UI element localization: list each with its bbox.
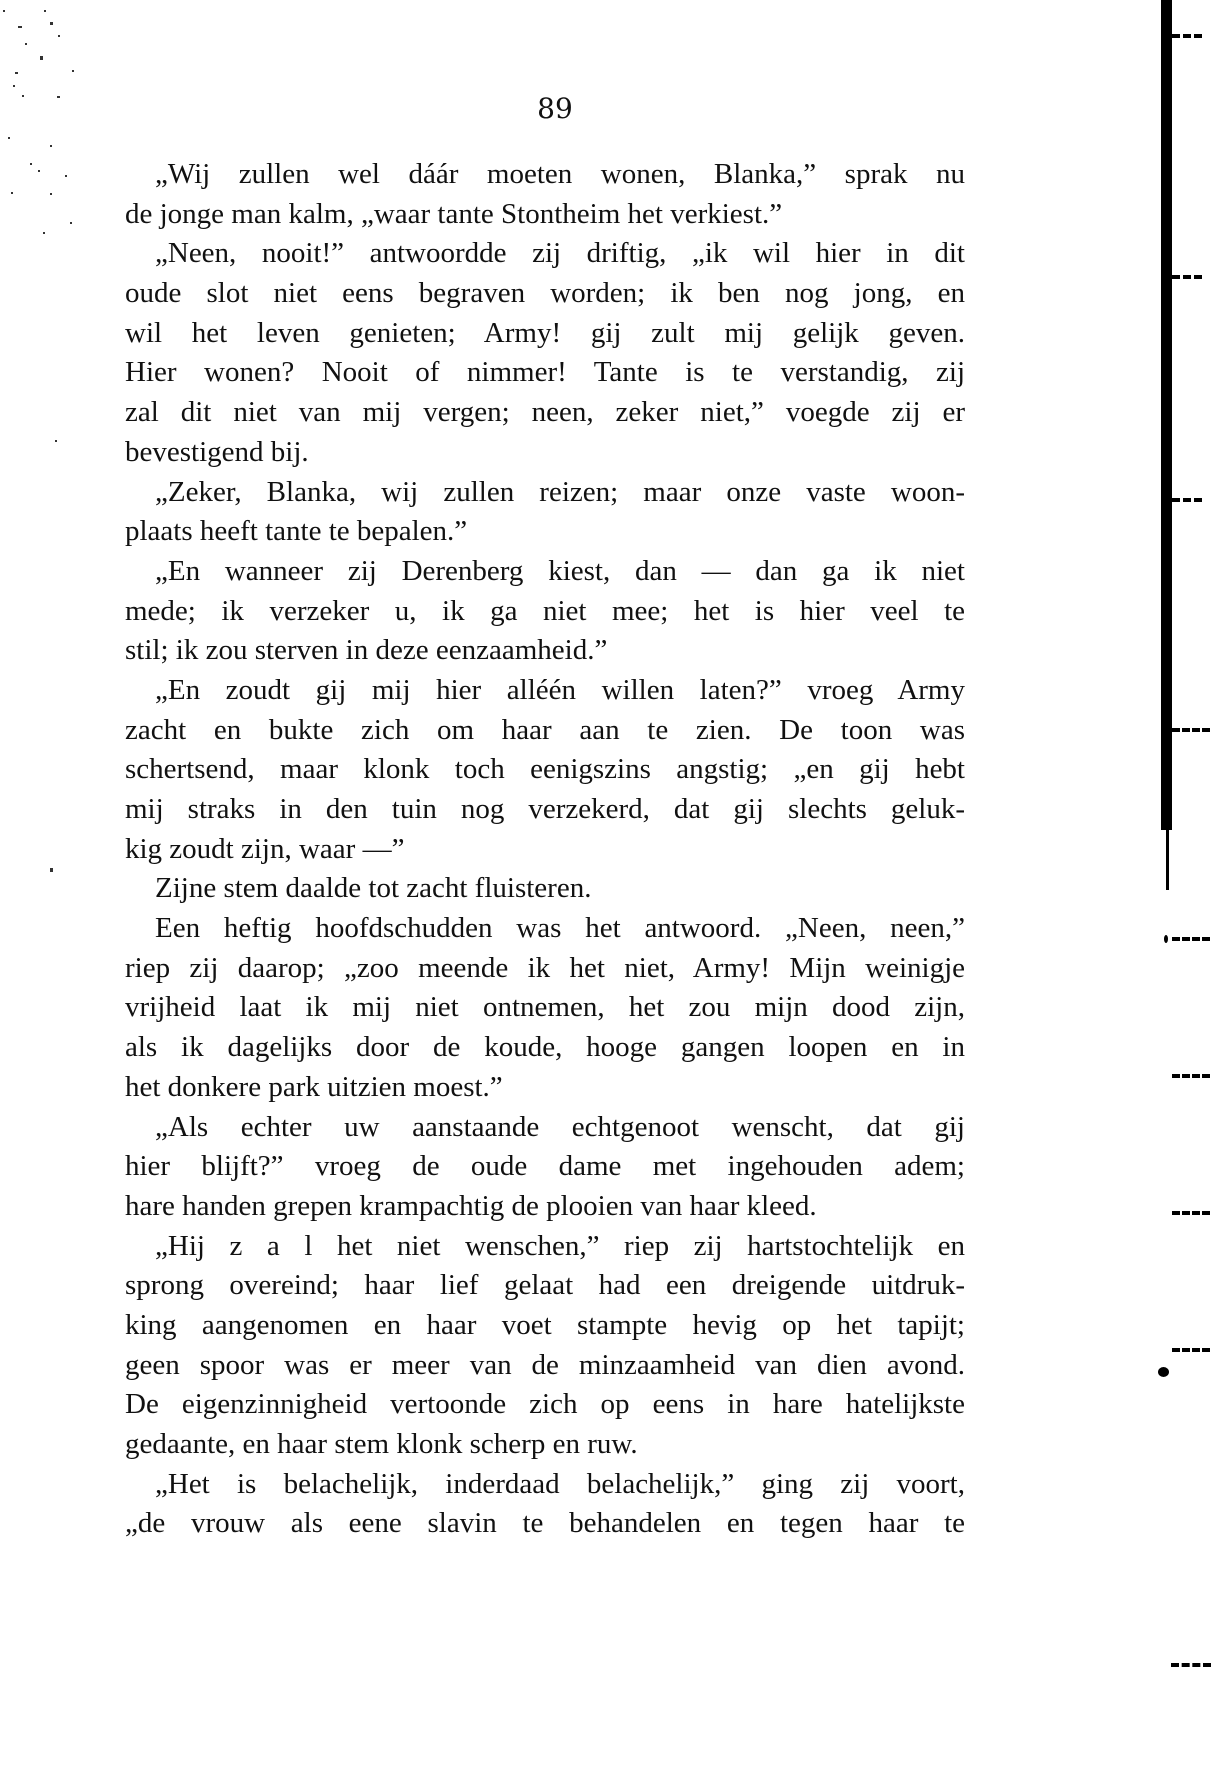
text-line: „Wij zullen wel dáár moeten wonen, Blank… bbox=[125, 155, 965, 195]
text-line: „En zoudt gij mij hier alléén willen lat… bbox=[125, 671, 965, 711]
text-line: sprong overeind; haar lief gelaat had ee… bbox=[125, 1266, 965, 1306]
scan-blob bbox=[1164, 935, 1168, 943]
text-line: zal dit niet van mij vergen; neen, zeker… bbox=[125, 393, 965, 433]
text-line: „de vrouw als eene slavin te behandelen … bbox=[125, 1504, 965, 1544]
text-line: Zijne stem daalde tot zacht fluisteren. bbox=[125, 869, 965, 909]
text-line: Hier wonen? Nooit of nimmer! Tante is te… bbox=[125, 353, 965, 393]
text-line: stil; ik zou sterven in deze eenzaamheid… bbox=[125, 631, 965, 671]
body-text: „Wij zullen wel dáár moeten wonen, Blank… bbox=[125, 155, 965, 1544]
text-line: bevestigend bij. bbox=[125, 433, 965, 473]
binding-edge-bar-thin bbox=[1166, 830, 1169, 890]
text-line: hare handen grepen krampachtig de plooie… bbox=[125, 1187, 965, 1227]
text-line: het donkere park uitzien moest.” bbox=[125, 1068, 965, 1108]
text-line: „Het is belachelijk, inderdaad belacheli… bbox=[125, 1465, 965, 1505]
binding-edge-bar bbox=[1161, 0, 1172, 830]
text-line: vrijheid laat ik mij niet ontnemen, het … bbox=[125, 988, 965, 1028]
text-line: hier blijft?” vroeg de oude dame met ing… bbox=[125, 1147, 965, 1187]
text-line: mede; ik verzeker u, ik ga niet mee; het… bbox=[125, 592, 965, 632]
text-line: De eigenzinnigheid vertoonde zich op een… bbox=[125, 1385, 965, 1425]
text-line: „Als echter uw aanstaande echtgenoot wen… bbox=[125, 1108, 965, 1148]
text-line: mij straks in den tuin nog verzekerd, da… bbox=[125, 790, 965, 830]
text-line: wil het leven genieten; Army! gij zult m… bbox=[125, 314, 965, 354]
text-line: king aangenomen en haar voet stampte hev… bbox=[125, 1306, 965, 1346]
text-line: de jonge man kalm, „waar tante Stontheim… bbox=[125, 195, 965, 235]
text-line: Een heftig hoofdschudden was het antwoor… bbox=[125, 909, 965, 949]
text-line: schertsend, maar klonk toch eenigszins a… bbox=[125, 750, 965, 790]
text-line: geen spoor was er meer van de minzaamhei… bbox=[125, 1346, 965, 1386]
text-line: kig zoudt zijn, waar —” bbox=[125, 830, 965, 870]
text-line: gedaante, en haar stem klonk scherp en r… bbox=[125, 1425, 965, 1465]
text-line: riep zij daarop; „zoo meende ik het niet… bbox=[125, 949, 965, 989]
text-line: „Zeker, Blanka, wij zullen reizen; maar … bbox=[125, 473, 965, 513]
text-line: als ik dagelijks door de koude, hooge ga… bbox=[125, 1028, 965, 1068]
page-number: 89 bbox=[0, 92, 1110, 125]
text-line: „Neen, nooit!” antwoordde zij driftig, „… bbox=[125, 234, 965, 274]
text-line: „Hij z a l het niet wenschen,” riep zij … bbox=[125, 1227, 965, 1267]
text-line: zacht en bukte zich om haar aan te zien.… bbox=[125, 711, 965, 751]
ink-blot bbox=[1158, 1367, 1169, 1377]
text-line: plaats heeft tante te bepalen.” bbox=[125, 512, 965, 552]
scanned-book-page: 89 „Wij zullen wel dáár moeten wonen, Bl… bbox=[0, 0, 1212, 1790]
text-line: „En wanneer zij Derenberg kiest, dan — d… bbox=[125, 552, 965, 592]
text-line: oude slot niet eens begraven worden; ik … bbox=[125, 274, 965, 314]
